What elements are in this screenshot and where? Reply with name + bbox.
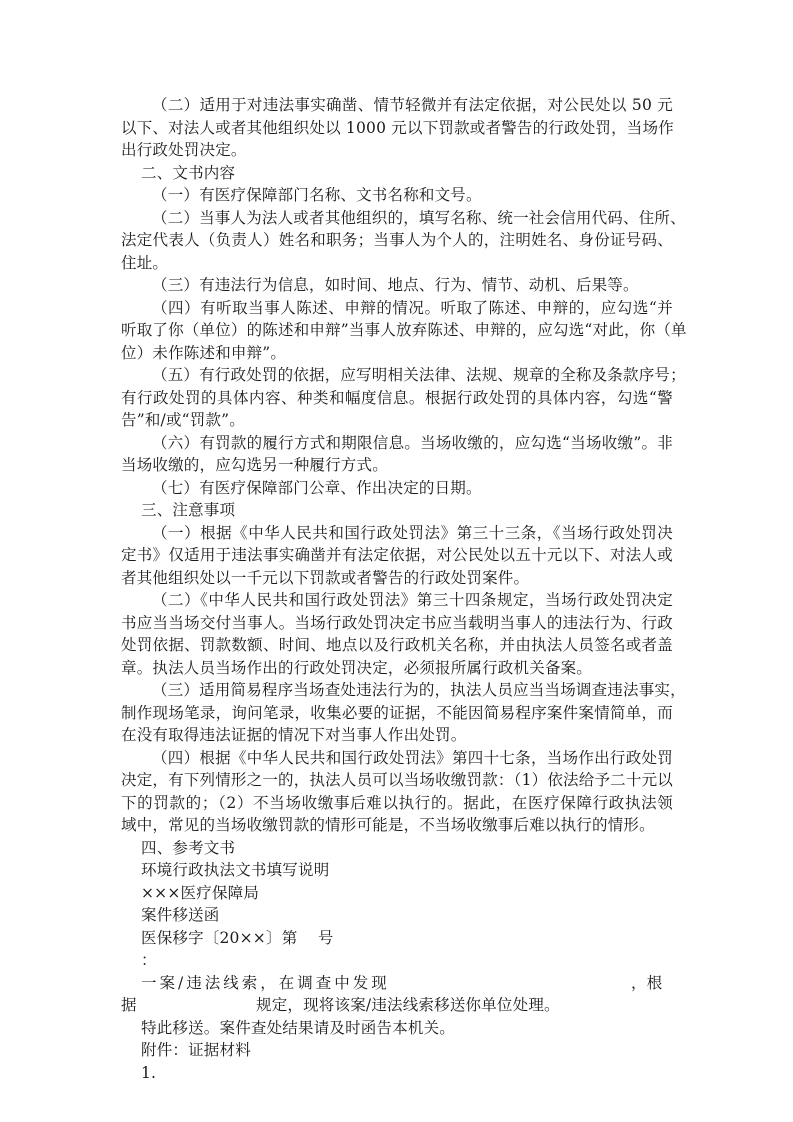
section-heading: 三、注意事项: [121, 499, 235, 521]
paragraph-line: （二）《中华人民共和国行政处罚法》第三十四条规定，当场行政处罚决定: [121, 589, 673, 611]
letter-body-right: ，根: [631, 972, 662, 994]
paragraph-line: 域中，常见的当场收缴罚款的情形可能是，不当场收缴事后难以执行的情形。: [121, 814, 655, 836]
paragraph-line: 者其他组织处以一千元以下罚款或者警告的行政处罚案件。: [121, 567, 529, 589]
paragraph-line: 有行政处罚的具体内容、种类和幅度信息。根据行政处罚的具体内容，勾选“警: [121, 387, 673, 409]
reference-line: 医保移字〔20××〕第 号: [121, 927, 334, 949]
paragraph-line: 告”和/或“罚款”。: [121, 409, 245, 431]
paragraph-line: 当场收缴的，应勾选另一种履行方式。: [121, 454, 388, 476]
paragraph-line: 位）未作陈述和申辩”。: [121, 342, 286, 364]
letter-body-left: 据: [121, 994, 137, 1016]
paragraph-line: 定书》仅适用于违法事实确凿并有法定依据，对公民处以五十元以下、对法人或: [121, 544, 673, 566]
paragraph-line: 法定代表人（负责人）姓名和职务；当事人为个人的，注明姓名、身份证号码、: [121, 229, 673, 251]
paragraph-line: 决定，有下列情形之一的，执法人员可以当场收缴罚款：（1）依法给予二十元以: [121, 769, 673, 791]
paragraph-line: 在没有取得违法证据的情况下对当事人作出处罚。: [121, 724, 466, 746]
paragraph-line: 书应当当场交付当事人。当场行政处罚决定书应当载明当事人的违法行为、行政: [121, 612, 673, 634]
letter-body-right: 规定，现将该案/违法线索移送你单位处理。: [256, 994, 560, 1016]
paragraph-line: （三）有违法行为信息，如时间、地点、行为、情节、动机、后果等。: [121, 274, 639, 296]
paragraph-line: 住址。: [121, 252, 168, 274]
paragraph-line: 下的罚款的；（2）不当场收缴事后难以执行的。据此，在医疗保障行政执法领: [121, 792, 673, 814]
paragraph-line: （二）当事人为法人或者其他组织的，填写名称、统一社会信用代码、住所、: [121, 207, 673, 229]
paragraph-line: 出行政处罚决定。: [121, 139, 247, 161]
paragraph-line: 听取了你（单位）的陈述和申辩”当事人放弃陈述、申辩的，应勾选“对此，你（单: [121, 319, 673, 341]
paragraph-line: （三）适用简易程序当场查处违法行为的，执法人员应当当场调查违法事实，: [121, 679, 673, 701]
paragraph-line: （四）有听取当事人陈述、申辩的情况。听取了陈述、申辩的，应勾选“并: [121, 297, 673, 319]
section-heading: 二、文书内容: [121, 162, 235, 184]
closing-line: 特此移送。案件查处结果请及时函告本机关。: [121, 1017, 455, 1039]
reference-line: ：: [121, 949, 157, 971]
letter-body-left: 一案/违法线索，在调查中发现: [121, 972, 390, 994]
paragraph-line: （二）适用于对违法事实确凿、情节轻微并有法定依据，对公民处以 50 元: [121, 94, 673, 116]
reference-line: 环境行政执法文书填写说明: [121, 859, 329, 881]
section-heading: 四、参考文书: [121, 837, 235, 859]
paragraph-line: 处罚依据、罚款数额、时间、地点以及行政机关名称，并由执法人员签名或者盖: [121, 634, 673, 656]
paragraph-line: 章。执法人员当场作出的行政处罚决定，必须报所属行政机关备案。: [121, 657, 592, 679]
reference-line: 案件移送函: [121, 904, 220, 926]
paragraph-line: （七）有医疗保障部门公章、作出决定的日期。: [121, 477, 482, 499]
paragraph-line: （一）根据《中华人民共和国行政处罚法》第三十三条，《当场行政处罚决: [121, 522, 673, 544]
attachment-item: 1.: [121, 1062, 156, 1084]
paragraph-line: （五）有行政处罚的依据，应写明相关法律、法规、规章的全称及条款序号；: [121, 364, 673, 386]
attachment-line: 附件：证据材料: [121, 1039, 251, 1061]
reference-line: ×××医疗保障局: [121, 882, 259, 904]
paragraph-line: （一）有医疗保障部门名称、文书名称和文号。: [121, 184, 482, 206]
paragraph-line: （六）有罚款的履行方式和期限信息。当场收缴的，应勾选“当场收缴”。非: [121, 432, 673, 454]
paragraph-line: （四）根据《中华人民共和国行政处罚法》第四十七条，当场作出行政处罚: [121, 747, 673, 769]
paragraph-line: 制作现场笔录，询问笔录，收集必要的证据，不能因简易程序案件案情简单，而: [121, 702, 673, 724]
paragraph-line: 以下、对法人或者其他组织处以 1000 元以下罚款或者警告的行政处罚，当场作: [121, 117, 673, 139]
